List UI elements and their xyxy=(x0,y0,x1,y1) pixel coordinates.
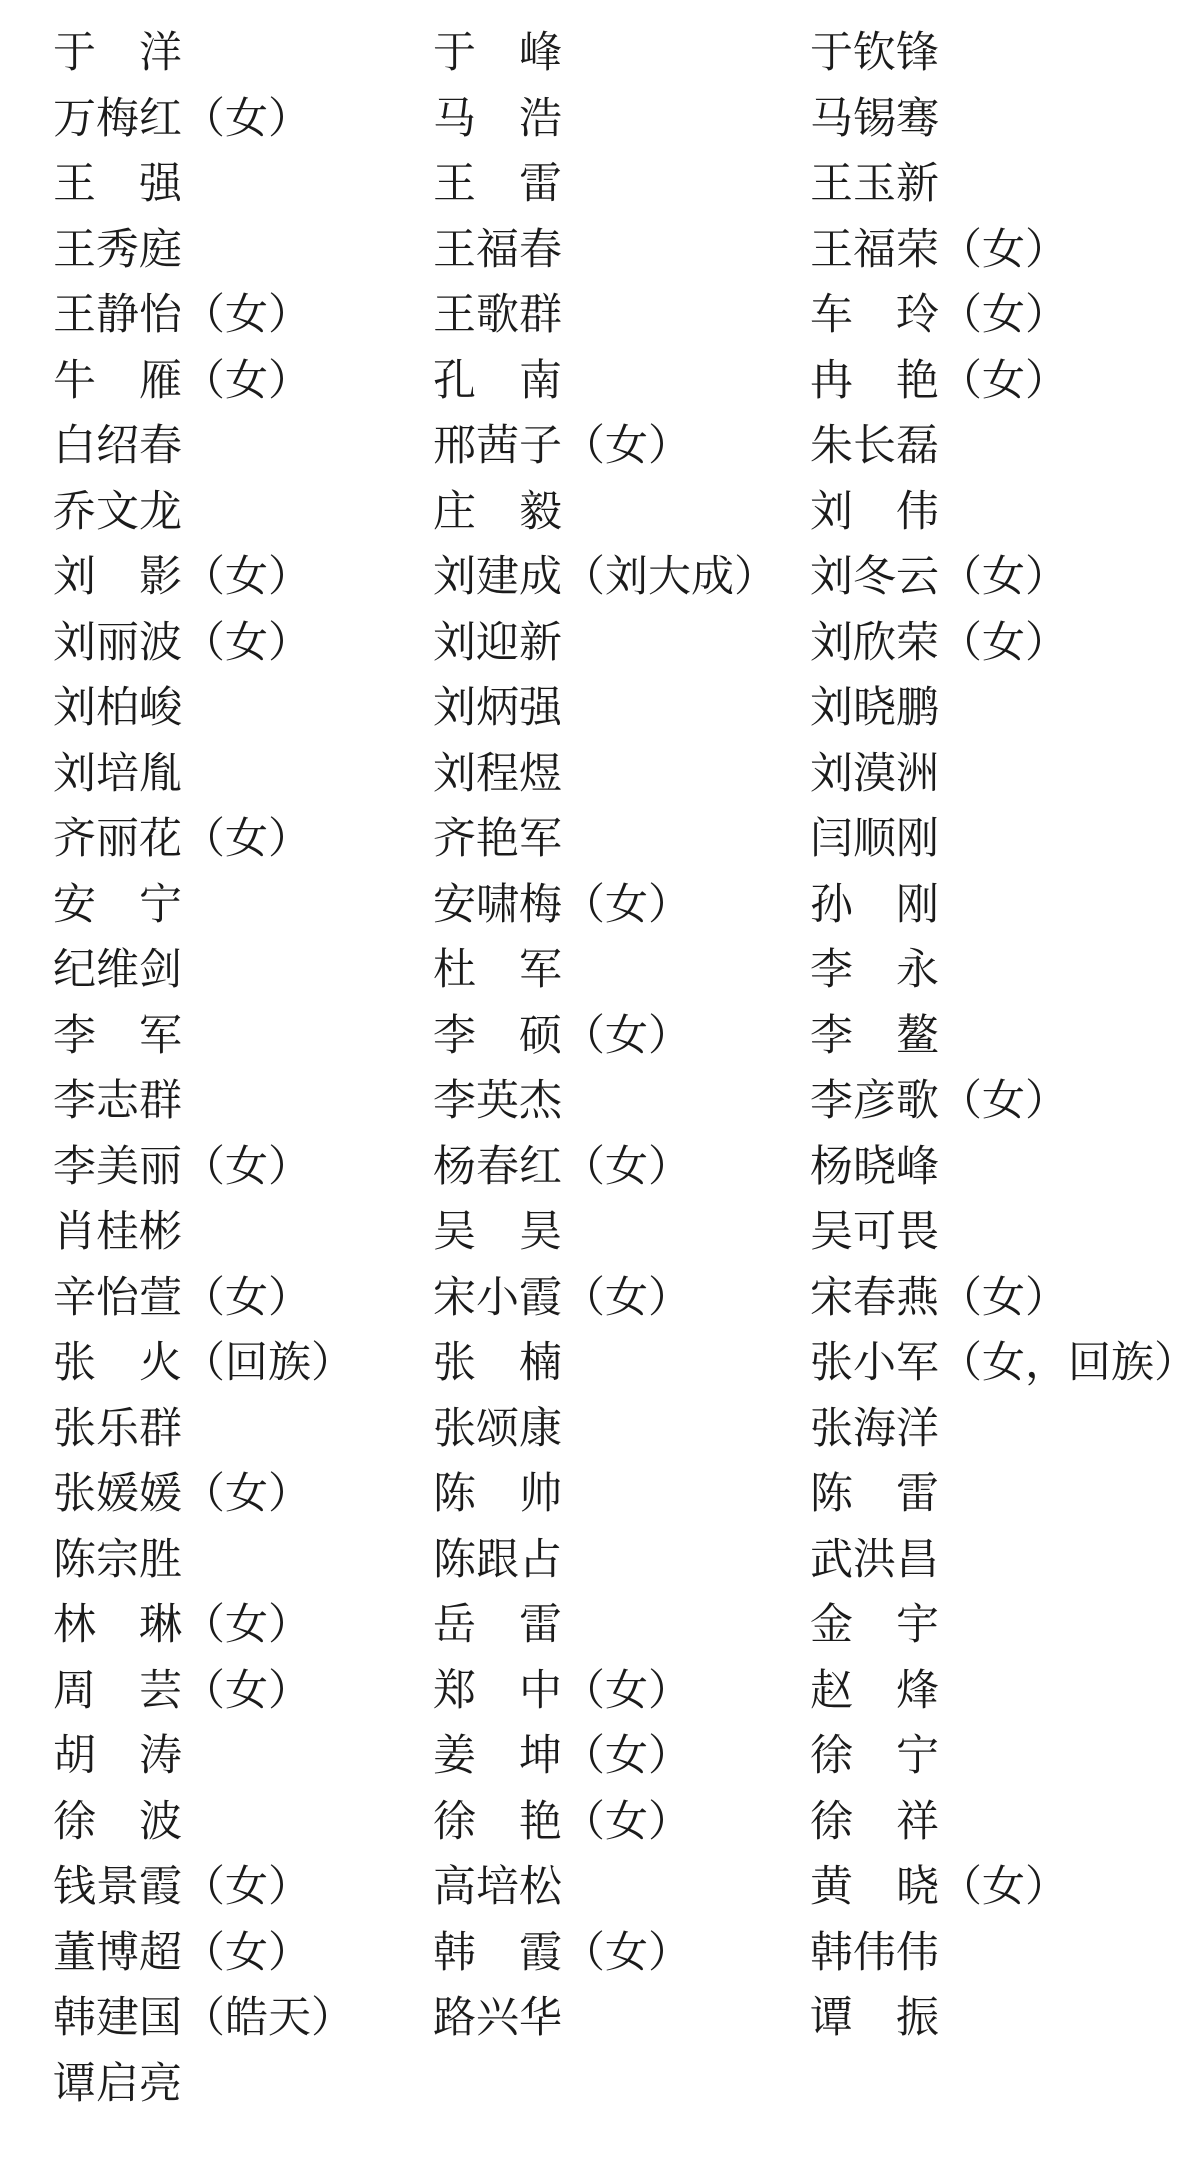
name-entry: 徐 波 xyxy=(53,1790,433,1856)
name-entry: 赵 烽 xyxy=(810,1659,1198,1725)
name-entry: 李志群 xyxy=(53,1069,433,1135)
name-entry: 黄 晓（女） xyxy=(810,1855,1198,1921)
roster-row: 于 洋于 峰于钦锋 xyxy=(53,21,1198,87)
roster-row: 乔文龙庄 毅刘 伟 xyxy=(53,480,1198,546)
name-entry: 朱长磊 xyxy=(810,414,1198,480)
name-entry: 刘培胤 xyxy=(53,742,433,808)
name-entry: 王 雷 xyxy=(433,152,810,218)
roster-row: 李 军李 硕（女）李 鳌 xyxy=(53,1004,1198,1070)
roster-row: 纪维剑杜 军李 永 xyxy=(53,938,1198,1004)
name-entry: 李英杰 xyxy=(433,1069,810,1135)
name-entry: 吴可畏 xyxy=(810,1200,1198,1266)
name-entry: 辛怡萱（女） xyxy=(53,1266,433,1332)
name-entry: 谭 振 xyxy=(810,1986,1198,2052)
name-entry: 张 楠 xyxy=(433,1331,810,1397)
name-entry: 张 火（回族） xyxy=(53,1331,433,1397)
name-entry: 刘建成（刘大成） xyxy=(433,545,810,611)
roster-row: 肖桂彬吴 昊吴可畏 xyxy=(53,1200,1198,1266)
roster-row: 辛怡萱（女）宋小霞（女）宋春燕（女） xyxy=(53,1266,1198,1332)
name-entry: 牛 雁（女） xyxy=(53,349,433,415)
name-entry: 刘炳强 xyxy=(433,676,810,742)
roster-row: 安 宁安啸梅（女）孙 刚 xyxy=(53,873,1198,939)
name-entry: 张颂康 xyxy=(433,1397,810,1463)
roster-row: 张 火（回族）张 楠张小军（女，回族） xyxy=(53,1331,1198,1397)
name-entry: 刘柏峻 xyxy=(53,676,433,742)
name-entry: 王歌群 xyxy=(433,283,810,349)
name-entry: 李 永 xyxy=(810,938,1198,1004)
roster-row: 王静怡（女）王歌群车 玲（女） xyxy=(53,283,1198,349)
name-entry: 刘丽波（女） xyxy=(53,611,433,677)
roster-row: 刘柏峻刘炳强刘晓鹏 xyxy=(53,676,1198,742)
name-entry: 徐 艳（女） xyxy=(433,1790,810,1856)
roster-row: 胡 涛姜 坤（女）徐 宁 xyxy=(53,1724,1198,1790)
name-entry: 武洪昌 xyxy=(810,1528,1198,1594)
name-entry: 邢茜子（女） xyxy=(433,414,810,480)
roster-row: 王 强王 雷王玉新 xyxy=(53,152,1198,218)
name-entry: 张小军（女，回族） xyxy=(810,1331,1198,1397)
name-entry: 韩 霞（女） xyxy=(433,1921,810,1987)
name-entry: 安 宁 xyxy=(53,873,433,939)
name-entry: 宋春燕（女） xyxy=(810,1266,1198,1332)
name-entry: 周 芸（女） xyxy=(53,1659,433,1725)
name-entry: 万梅红（女） xyxy=(53,87,433,153)
roster-row: 白绍春邢茜子（女）朱长磊 xyxy=(53,414,1198,480)
name-entry: 刘漠洲 xyxy=(810,742,1198,808)
name-entry: 李 军 xyxy=(53,1004,433,1070)
name-entry: 林 琳（女） xyxy=(53,1593,433,1659)
name-entry: 王玉新 xyxy=(810,152,1198,218)
roster-row: 周 芸（女）郑 中（女）赵 烽 xyxy=(53,1659,1198,1725)
roster-row: 韩建国（皓天）路兴华谭 振 xyxy=(53,1986,1198,2052)
name-entry: 李 硕（女） xyxy=(433,1004,810,1070)
roster-row: 刘丽波（女）刘迎新刘欣荣（女） xyxy=(53,611,1198,677)
name-entry: 王福春 xyxy=(433,218,810,284)
name-entry: 刘冬云（女） xyxy=(810,545,1198,611)
roster-row: 钱景霞（女）高培松黄 晓（女） xyxy=(53,1855,1198,1921)
name-entry: 闫顺刚 xyxy=(810,807,1198,873)
name-entry: 路兴华 xyxy=(433,1986,810,2052)
roster-row: 刘 影（女）刘建成（刘大成）刘冬云（女） xyxy=(53,545,1198,611)
roster-row: 李美丽（女）杨春红（女）杨晓峰 xyxy=(53,1135,1198,1201)
name-entry: 冉 艳（女） xyxy=(810,349,1198,415)
roster-row: 董博超（女）韩 霞（女）韩伟伟 xyxy=(53,1921,1198,1987)
roster-row: 张媛媛（女）陈 帅陈 雷 xyxy=(53,1462,1198,1528)
roster-row: 谭启亮 xyxy=(53,2052,1198,2118)
name-entry: 王福荣（女） xyxy=(810,218,1198,284)
name-entry: 齐艳军 xyxy=(433,807,810,873)
name-entry: 于 洋 xyxy=(53,21,433,87)
name-entry: 胡 涛 xyxy=(53,1724,433,1790)
name-entry: 于钦锋 xyxy=(810,21,1198,87)
name-entry: 李美丽（女） xyxy=(53,1135,433,1201)
name-entry: 孔 南 xyxy=(433,349,810,415)
name-entry: 于 峰 xyxy=(433,21,810,87)
name-entry: 吴 昊 xyxy=(433,1200,810,1266)
name-entry: 高培松 xyxy=(433,1855,810,1921)
name-entry: 陈 雷 xyxy=(810,1462,1198,1528)
name-entry: 刘 影（女） xyxy=(53,545,433,611)
name-entry: 张乐群 xyxy=(53,1397,433,1463)
name-entry: 张海洋 xyxy=(810,1397,1198,1463)
name-entry: 钱景霞（女） xyxy=(53,1855,433,1921)
name-entry: 金 宇 xyxy=(810,1593,1198,1659)
name-entry: 韩建国（皓天） xyxy=(53,1986,433,2052)
name-entry: 白绍春 xyxy=(53,414,433,480)
name-entry: 王秀庭 xyxy=(53,218,433,284)
name-entry: 姜 坤（女） xyxy=(433,1724,810,1790)
name-entry: 谭启亮 xyxy=(53,2052,433,2118)
name-entry: 董博超（女） xyxy=(53,1921,433,1987)
roster-row: 徐 波徐 艳（女）徐 祥 xyxy=(53,1790,1198,1856)
roster-row: 林 琳（女）岳 雷金 宇 xyxy=(53,1593,1198,1659)
roster-row: 齐丽花（女）齐艳军闫顺刚 xyxy=(53,807,1198,873)
name-entry: 刘 伟 xyxy=(810,480,1198,546)
name-entry: 马锡骞 xyxy=(810,87,1198,153)
name-entry: 刘程煜 xyxy=(433,742,810,808)
name-entry: 杨春红（女） xyxy=(433,1135,810,1201)
name-entry: 李彦歌（女） xyxy=(810,1069,1198,1135)
roster-row: 万梅红（女）马 浩马锡骞 xyxy=(53,87,1198,153)
name-entry: 孙 刚 xyxy=(810,873,1198,939)
name-entry: 刘欣荣（女） xyxy=(810,611,1198,677)
name-entry: 岳 雷 xyxy=(433,1593,810,1659)
roster-row: 刘培胤刘程煜刘漠洲 xyxy=(53,742,1198,808)
roster-row: 牛 雁（女）孔 南冉 艳（女） xyxy=(53,349,1198,415)
name-entry: 王 强 xyxy=(53,152,433,218)
name-roster: 于 洋于 峰于钦锋万梅红（女）马 浩马锡骞王 强王 雷王玉新王秀庭王福春王福荣（… xyxy=(0,0,1198,2117)
name-entry: 杨晓峰 xyxy=(810,1135,1198,1201)
name-entry: 李 鳌 xyxy=(810,1004,1198,1070)
name-entry: 王静怡（女） xyxy=(53,283,433,349)
name-entry: 陈宗胜 xyxy=(53,1528,433,1594)
name-entry: 刘迎新 xyxy=(433,611,810,677)
name-entry: 车 玲（女） xyxy=(810,283,1198,349)
roster-row: 陈宗胜陈跟占武洪昌 xyxy=(53,1528,1198,1594)
name-entry: 陈 帅 xyxy=(433,1462,810,1528)
roster-row: 李志群李英杰李彦歌（女） xyxy=(53,1069,1198,1135)
name-entry: 宋小霞（女） xyxy=(433,1266,810,1332)
name-entry: 纪维剑 xyxy=(53,938,433,1004)
name-entry: 刘晓鹏 xyxy=(810,676,1198,742)
name-entry: 齐丽花（女） xyxy=(53,807,433,873)
name-entry: 韩伟伟 xyxy=(810,1921,1198,1987)
roster-row: 王秀庭王福春王福荣（女） xyxy=(53,218,1198,284)
name-entry: 乔文龙 xyxy=(53,480,433,546)
name-entry: 庄 毅 xyxy=(433,480,810,546)
name-entry: 徐 祥 xyxy=(810,1790,1198,1856)
name-entry: 张媛媛（女） xyxy=(53,1462,433,1528)
name-entry: 安啸梅（女） xyxy=(433,873,810,939)
document-page: 于 洋于 峰于钦锋万梅红（女）马 浩马锡骞王 强王 雷王玉新王秀庭王福春王福荣（… xyxy=(0,0,1198,2181)
name-entry: 陈跟占 xyxy=(433,1528,810,1594)
name-entry: 肖桂彬 xyxy=(53,1200,433,1266)
name-entry: 杜 军 xyxy=(433,938,810,1004)
name-entry: 马 浩 xyxy=(433,87,810,153)
roster-row: 张乐群张颂康张海洋 xyxy=(53,1397,1198,1463)
name-entry: 徐 宁 xyxy=(810,1724,1198,1790)
name-entry: 郑 中（女） xyxy=(433,1659,810,1725)
